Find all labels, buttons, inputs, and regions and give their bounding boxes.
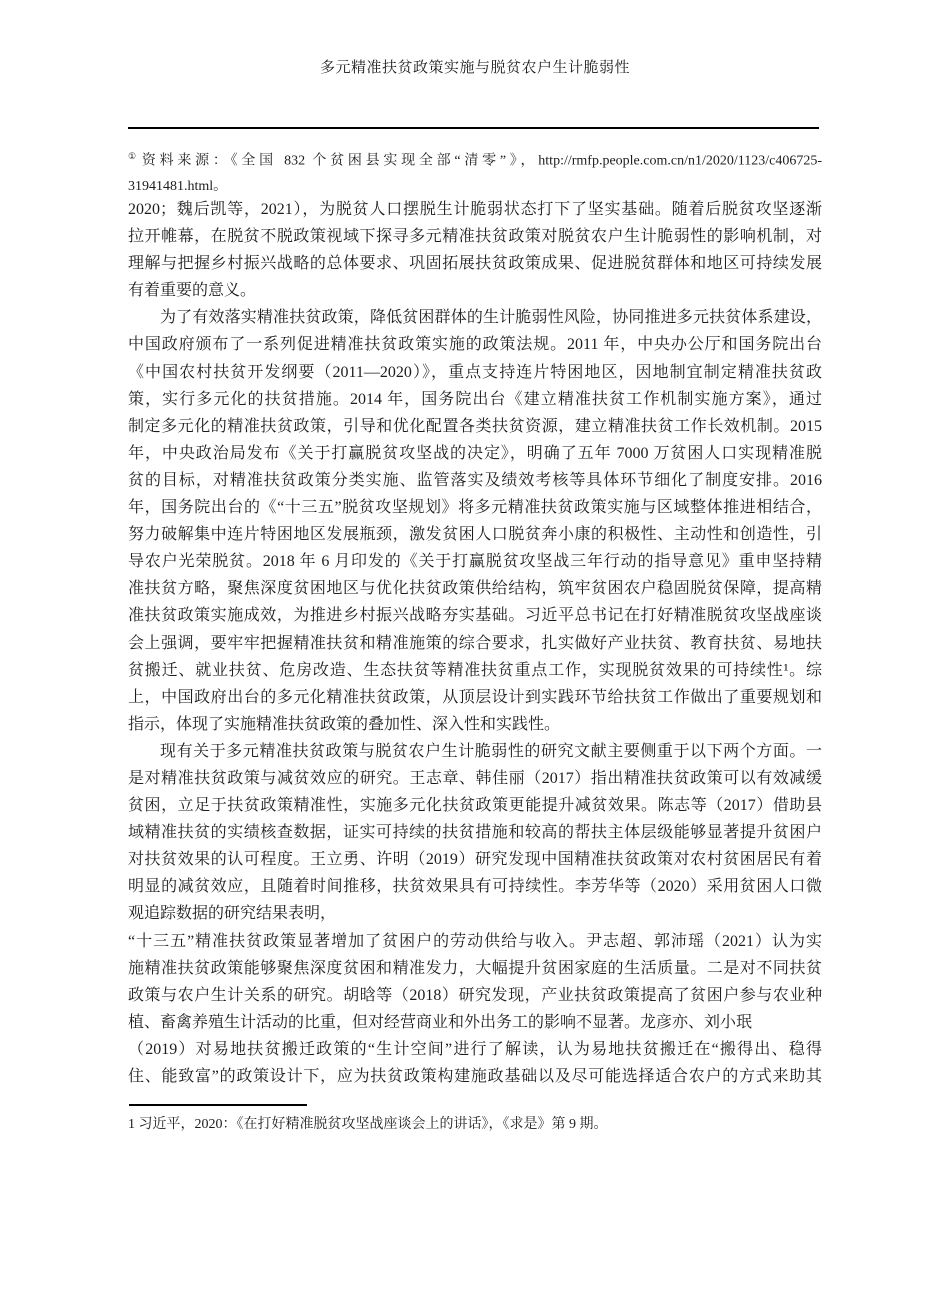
body-text-line: 贫搬迁、就业扶贫、危房改造、生态扶贫等精准扶贫重点工作，实现脱贫效果的可持续性¹…	[128, 657, 822, 684]
body-text-line: 导农户光荣脱贫。2018 年 6 月印发的《关于打赢脱贫攻坚战三年行动的指导意见…	[128, 548, 822, 575]
body-text-line: 准扶贫方略，聚焦深度贫困地区与优化扶贫政策供给结构，筑牢贫困农户稳固脱贫保障，提…	[128, 575, 822, 602]
page-header-title: 多元精准扶贫政策实施与脱贫农户生计脆弱性	[128, 56, 822, 77]
body-text-line: 年，国务院出台的《“十三五”脱贫攻坚规划》将多元精准扶贫政策实施与区域整体推进相…	[128, 494, 822, 521]
footnote-divider	[129, 1104, 307, 1106]
body-text-line: 指示，体现了实施精准扶贫政策的叠加性、深入性和实践性。	[128, 711, 822, 738]
body-text-line: 观追踪数据的研究结果表明，	[128, 900, 822, 927]
source-note-line: 31941481.html。	[128, 174, 822, 199]
body-text-line: 2020；魏后凯等，2021），为脱贫人口摆脱生计脆弱状态打下了坚实基础。随着后…	[128, 196, 822, 223]
body-text-line: 植、畜禽养殖生计活动的比重，但对经营商业和外出务工的影响不显著。龙彦亦、刘小珉	[128, 1009, 822, 1036]
body-text-line: 中国政府颁布了一系列促进精准扶贫政策实施的政策法规。2011 年，中央办公厅和国…	[128, 331, 822, 358]
body-text-line: 《中国农村扶贫开发纲要（2011—2020）》，重点支持连片特困地区，因地制宜制…	[128, 359, 822, 386]
body-text-line: 准扶贫政策实施成效，为推进乡村振兴战略夯实基础。习近平总书记在打好精准脱贫攻坚战…	[128, 602, 822, 629]
body-text-line: 制定多元化的精准扶贫政策，引导和优化配置各类扶贫资源，建立精准扶贫工作长效机制。…	[128, 413, 822, 440]
body-text-line: 有着重要的意义。	[128, 277, 822, 304]
body-text-line: 明显的减贫效应，且随着时间推移，扶贫效果具有可持续性。李芳华等（2020）采用贫…	[128, 873, 822, 900]
source-note-line: ①资料来源：《全国 832 个贫困县实现全部“清零”》，http://rmfp.…	[128, 144, 822, 174]
body-text-line: “十三五”精准扶贫政策显著增加了贫困户的劳动供给与收入。尹志超、郭沛瑶（2021…	[128, 928, 822, 955]
header-divider	[128, 127, 819, 129]
body-text-line: 贫的目标，对精准扶贫政策分类实施、监管落实及绩效考核等具体环节细化了制度安排。2…	[128, 467, 822, 494]
footnote-text: 1 习近平，2020：《在打好精准脱贫攻坚战座谈会上的讲话》，《求是》第 9 期…	[128, 1112, 822, 1138]
body-text-line: 拉开帷幕，在脱贫不脱政策视域下探寻多元精准扶贫政策对脱贫农户生计脆弱性的影响机制…	[128, 223, 822, 250]
source-note-text: 资料来源：《全国 832 个贫困县实现全部“清零”》，http://rmfp.p…	[142, 154, 822, 169]
body-text-line: （2019）对易地扶贫搬迁政策的“生计空间”进行了解读，认为易地扶贫搬迁在“搬得…	[128, 1036, 822, 1063]
body-text-line: 年，中央政治局发布《关于打赢脱贫攻坚战的决定》，明确了五年 7000 万贫困人口…	[128, 440, 822, 467]
document-page: 多元精准扶贫政策实施与脱贫农户生计脆弱性 ①资料来源：《全国 832 个贫困县实…	[0, 0, 950, 1290]
body-text-line: 现有关于多元精准扶贫政策与脱贫农户生计脆弱性的研究文献主要侧重于以下两个方面。一	[128, 738, 822, 765]
body-text-line: 施精准扶贫政策能够聚焦深度贫困和精准发力，大幅提升贫困家庭的生活质量。二是对不同…	[128, 955, 822, 982]
source-note: ①资料来源：《全国 832 个贫困县实现全部“清零”》，http://rmfp.…	[128, 144, 822, 199]
body-text-line: 努力破解集中连片特困地区发展瓶颈，激发贫困人口脱贫奔小康的积极性、主动性和创造性…	[128, 521, 822, 548]
body-text: 2020；魏后凯等，2021），为脱贫人口摆脱生计脆弱状态打下了坚实基础。随着后…	[128, 196, 822, 1090]
body-text-line: 策，实行多元化的扶贫措施。2014 年，国务院出台《建立精准扶贫工作机制实施方案…	[128, 386, 822, 413]
body-text-line: 理解与把握乡村振兴战略的总体要求、巩固拓展扶贫政策成果、促进脱贫群体和地区可持续…	[128, 250, 822, 277]
body-text-line: 会上强调，要牢牢把握精准扶贫和精准施策的综合要求，扎实做好产业扶贫、教育扶贫、易…	[128, 630, 822, 657]
body-text-line: 住、能致富”的政策设计下，应为扶贫政策构建施政基础以及尽可能选择适合农户的方式来…	[128, 1063, 822, 1090]
body-text-line: 域精准扶贫的实绩核查数据，证实可持续的扶贫措施和较高的帮扶主体层级能够显著提升贫…	[128, 819, 822, 846]
body-text-line: 为了有效落实精准扶贫政策，降低贫困群体的生计脆弱性风险，协同推进多元扶贫体系建设…	[128, 304, 822, 331]
footnote-marker: ①	[128, 151, 142, 161]
body-text-line: 对扶贫效果的认可程度。王立勇、许明（2019）研究发现中国精准扶贫政策对农村贫困…	[128, 846, 822, 873]
body-text-line: 政策与农户生计关系的研究。胡晗等（2018）研究发现，产业扶贫政策提高了贫困户参…	[128, 982, 822, 1009]
body-text-line: 上，中国政府出台的多元化精准扶贫政策，从顶层设计到实践环节给扶贫工作做出了重要规…	[128, 684, 822, 711]
body-text-line: 是对精准扶贫政策与减贫效应的研究。王志章、韩佳丽（2017）指出精准扶贫政策可以…	[128, 765, 822, 792]
body-text-line: 贫困，立足于扶贫政策精准性，实施多元化扶贫政策更能提升减贫效果。陈志等（2017…	[128, 792, 822, 819]
